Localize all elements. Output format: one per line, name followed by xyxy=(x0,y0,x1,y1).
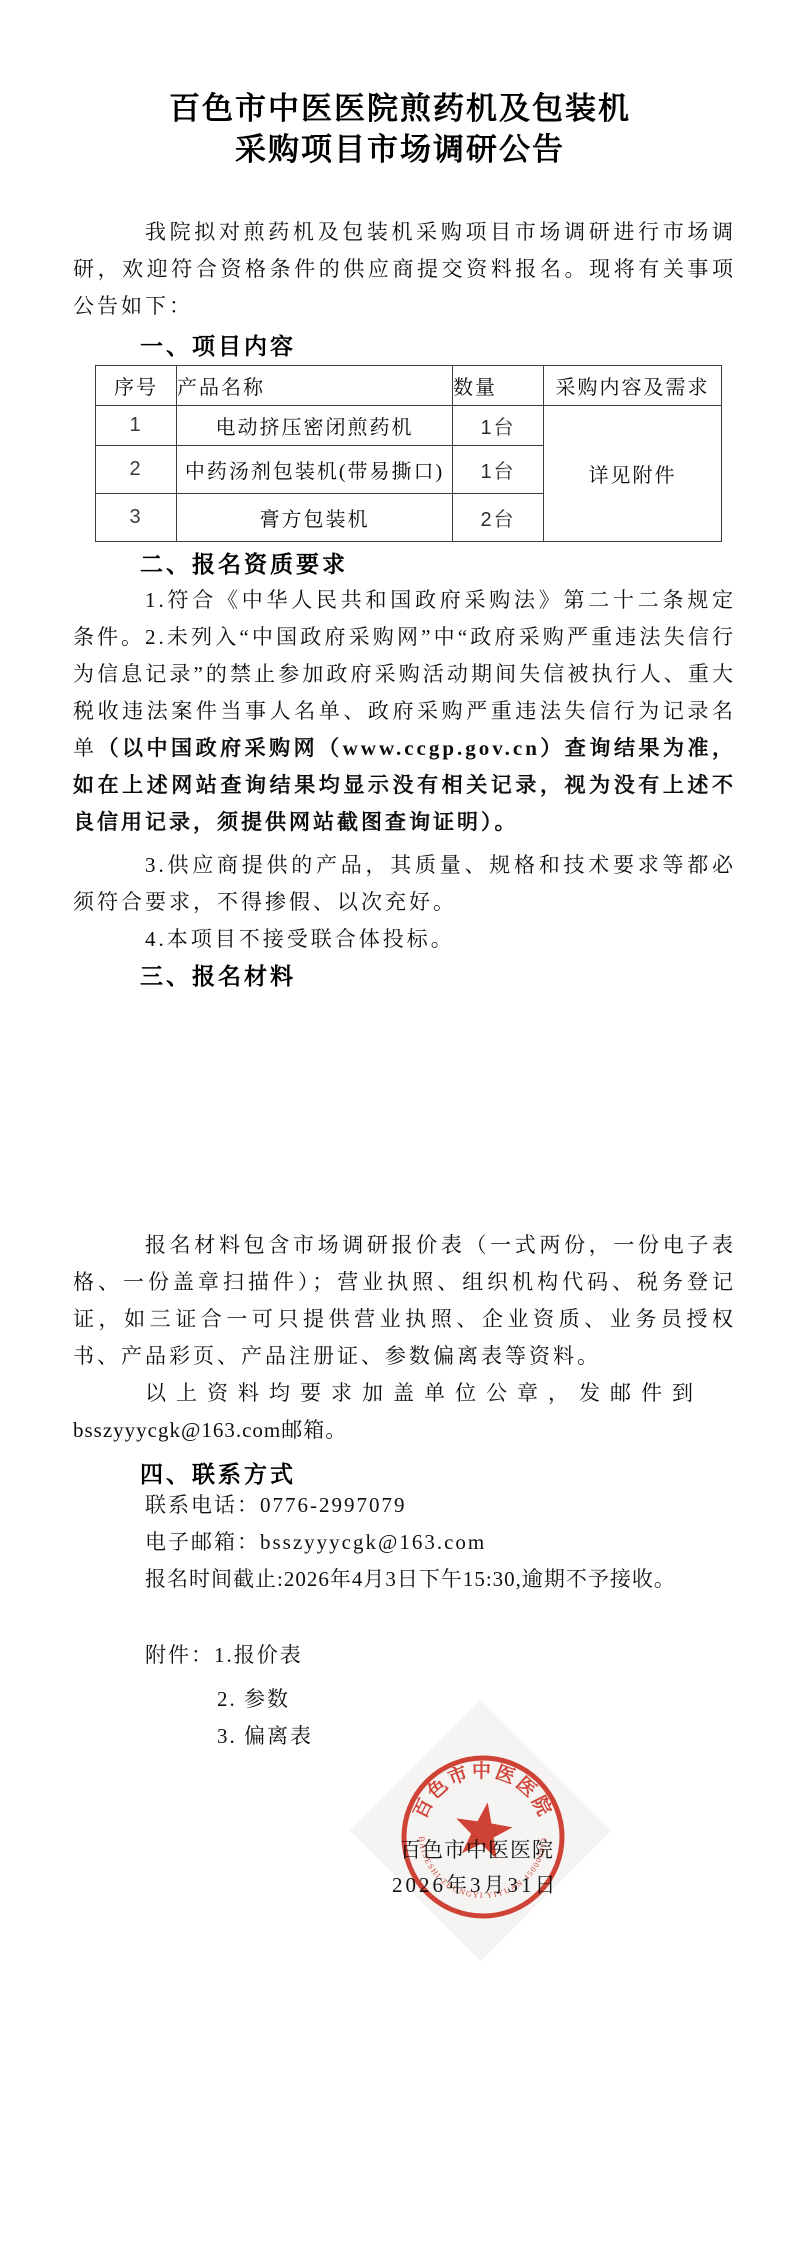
page-title-line2: 采购项目市场调研公告 xyxy=(0,129,800,170)
seal-and-mail-paragraph: 以上资料均要求加盖单位公章，发邮件到 bsszyyycgk@163.com邮箱。 xyxy=(73,1375,736,1449)
row2-qty: 1台 xyxy=(453,446,544,494)
qualification-item-4: 4.本项目不接受联合体投标。 xyxy=(73,921,736,958)
row3-no: 3 xyxy=(96,494,177,542)
row1-qty: 1台 xyxy=(453,406,544,446)
col-header-no: 序号 xyxy=(96,366,177,406)
qualification-item-3: 3.供应商提供的产品，其质量、规格和技术要求等都必须符合要求，不得掺假、以次充好… xyxy=(73,847,736,921)
page-title-line1: 百色市中医医院煎药机及包装机 xyxy=(0,88,800,129)
col-header-name: 产品名称 xyxy=(177,366,453,406)
row3-name: 膏方包装机 xyxy=(177,494,453,542)
qualification-item-2-bold: （以中国政府采购网（www.ccgp.gov.cn）查询结果为准，如在上述网站查… xyxy=(73,736,736,834)
submit-email-line: bsszyyycgk@163.com邮箱。 xyxy=(73,1412,736,1449)
section3-heading: 三、报名材料 xyxy=(140,962,296,990)
row3-qty: 2台 xyxy=(453,494,544,542)
intro-paragraph: 我院拟对煎药机及包装机采购项目市场调研进行市场调研，欢迎符合资格条件的供应商提交… xyxy=(73,214,736,325)
attachment-line-3: 3. 偏离表 xyxy=(217,1721,313,1751)
deadline-line: 报名时间截止:2026年4月3日下午15:30,逾期不予接收。 xyxy=(145,1564,676,1594)
table-header-row: 序号 产品名称 数量 采购内容及需求 xyxy=(96,366,722,406)
star-icon xyxy=(451,1798,516,1861)
contact-phone-line: 联系电话：0776-2997079 xyxy=(145,1490,407,1520)
row2-name: 中药汤剂包装机(带易撕口) xyxy=(177,446,453,494)
seal-requirement-line: 以上资料均要求加盖单位公章，发邮件到 xyxy=(73,1375,736,1412)
page-title: 百色市中医医院煎药机及包装机 采购项目市场调研公告 xyxy=(0,88,800,170)
section2-heading: 二、报名资质要求 xyxy=(140,550,348,578)
official-seal-stamp: 百色市中医医院 BAISESHI ZHONGYI YIYUAN 45000001… xyxy=(398,1752,568,1922)
table-row: 1 电动挤压密闭煎药机 1台 详见附件 xyxy=(96,406,722,446)
attachment-line-1: 附件：1.报价表 xyxy=(145,1640,303,1670)
row2-no: 2 xyxy=(96,446,177,494)
contact-email-line: 电子邮箱：bsszyyycgk@163.com xyxy=(145,1527,486,1557)
document-page: 百色市中医医院煎药机及包装机 采购项目市场调研公告 我院拟对煎药机及包装机采购项… xyxy=(0,0,800,2260)
items-table: 序号 产品名称 数量 采购内容及需求 1 电动挤压密闭煎药机 1台 详见附件 2… xyxy=(95,365,722,542)
col-header-qty: 数量 xyxy=(453,366,544,406)
row1-name: 电动挤压密闭煎药机 xyxy=(177,406,453,446)
section1-heading: 一、项目内容 xyxy=(140,332,296,360)
merged-requirement-cell: 详见附件 xyxy=(544,406,722,542)
row1-no: 1 xyxy=(96,406,177,446)
attachment-line-2: 2. 参数 xyxy=(217,1684,290,1714)
materials-paragraph: 报名材料包含市场调研报价表（一式两份，一份电子表格、一份盖章扫描件）；营业执照、… xyxy=(73,1227,736,1375)
col-header-requirement: 采购内容及需求 xyxy=(544,366,722,406)
section4-heading: 四、联系方式 xyxy=(140,1460,296,1488)
qualification-item-2: 2.未列入“中国政府采购网”中“政府采购严重违法失信行为信息记录”的禁止参加政府… xyxy=(73,619,736,841)
